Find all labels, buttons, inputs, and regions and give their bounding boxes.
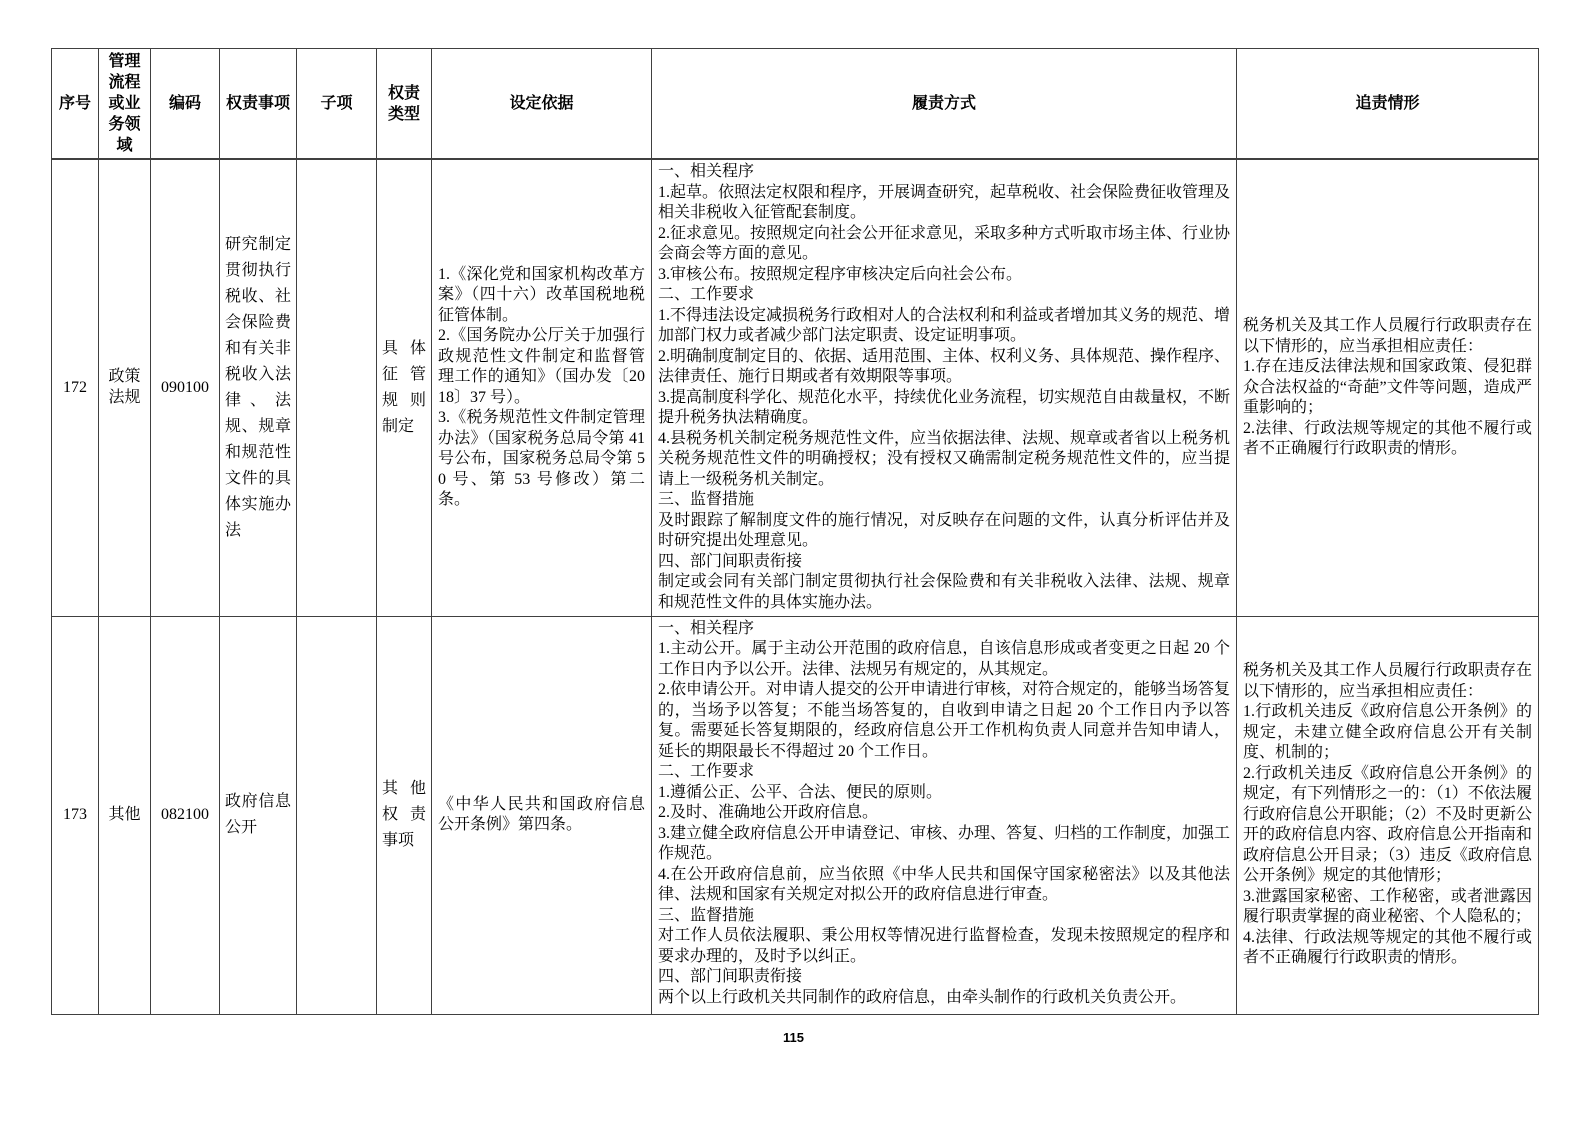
page-number: 115 <box>0 1030 1587 1045</box>
col-header-area: 管理流程或业务领域 <box>99 49 151 160</box>
col-header-code: 编码 <box>151 49 220 160</box>
col-header-accountability: 追责情形 <box>1237 49 1539 160</box>
cell-matter: 研究制定贯彻执行税收、社会保险费和有关非税收入法律、法规、规章和规范性文件的具体… <box>220 159 297 616</box>
cell-subitem <box>297 616 377 1014</box>
cell-area: 其他 <box>99 616 151 1014</box>
cell-accountability: 税务机关及其工作人员履行行政职责存在以下情形的，应当承担相应责任： 1.存在违反… <box>1237 159 1539 616</box>
col-header-type: 权责类型 <box>377 49 432 160</box>
cell-matter: 政府信息公开 <box>220 616 297 1014</box>
cell-area: 政策法规 <box>99 159 151 616</box>
cell-method: 一、相关程序 1.起草。依照法定权限和程序，开展调查研究，起草税收、社会保险费征… <box>652 159 1237 616</box>
cell-code: 082100 <box>151 616 220 1014</box>
cell-type: 其他权责事项 <box>377 616 432 1014</box>
cell-seq: 173 <box>52 616 99 1014</box>
table-row-172: 172 政策法规 090100 研究制定贯彻执行税收、社会保险费和有关非税收入法… <box>52 159 1539 616</box>
cell-seq: 172 <box>52 159 99 616</box>
col-header-matter: 权责事项 <box>220 49 297 160</box>
cell-method: 一、相关程序 1.主动公开。属于主动公开范围的政府信息，自该信息形成或者变更之日… <box>652 616 1237 1014</box>
header-row: 序号 管理流程或业务领域 编码 权责事项 子项 权责类型 设定依据 履责方式 追… <box>52 49 1539 160</box>
cell-accountability: 税务机关及其工作人员履行行政职责存在以下情形的，应当承担相应责任： 1.行政机关… <box>1237 616 1539 1014</box>
responsibility-table: 序号 管理流程或业务领域 编码 权责事项 子项 权责类型 设定依据 履责方式 追… <box>51 48 1539 1015</box>
col-header-method: 履责方式 <box>652 49 1237 160</box>
col-header-subitem: 子项 <box>297 49 377 160</box>
cell-subitem <box>297 159 377 616</box>
table-row-173: 173 其他 082100 政府信息公开 其他权责事项 《中华人民共和国政府信息… <box>52 616 1539 1014</box>
cell-basis: 《中华人民共和国政府信息公开条例》第四条。 <box>432 616 652 1014</box>
cell-code: 090100 <box>151 159 220 616</box>
cell-type: 具体征管规则制定 <box>377 159 432 616</box>
col-header-seq: 序号 <box>52 49 99 160</box>
cell-basis: 1.《深化党和国家机构改革方案》（四十六）改革国税地税征管体制。 2.《国务院办… <box>432 159 652 616</box>
col-header-basis: 设定依据 <box>432 49 652 160</box>
